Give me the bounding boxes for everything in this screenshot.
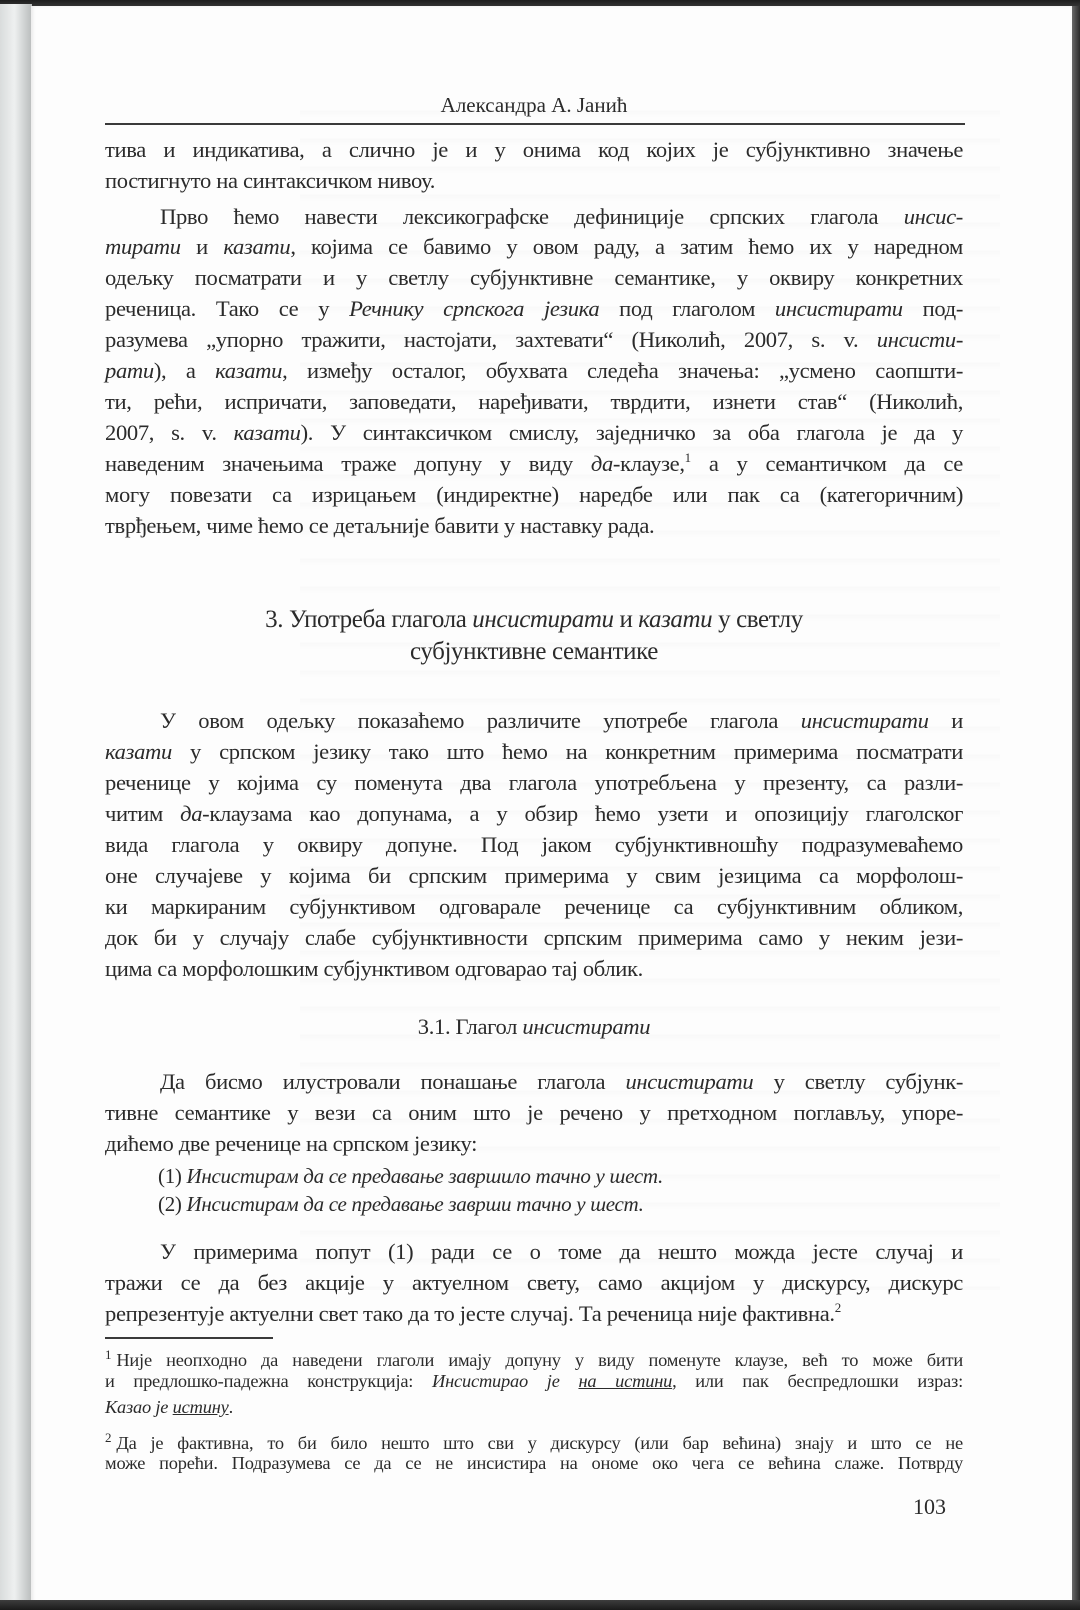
section-title: 3. Употреба глагола инсистирати и казати…: [105, 605, 963, 635]
paragraph-line: У овом одељку показаћемо различите употр…: [160, 707, 963, 735]
example-1: (1) Инсистирам да се предавање завршило …: [158, 1163, 663, 1189]
section-title-line-2: субјунктивне семантике: [105, 637, 963, 667]
paragraph-line: тивне семантике у вези са оним што је ре…: [105, 1099, 963, 1127]
footnote-separator: [105, 1337, 273, 1339]
paragraph-line: ти, рећи, испричати, заповедати, наређив…: [105, 388, 963, 416]
example-2: (2) Инсистирам да се предавање заврши та…: [158, 1191, 644, 1217]
paragraph-line: тива и индикатива, а слично је и у онима…: [105, 136, 963, 164]
paragraph-line: 2007, s. v. казати). У синтаксичком смис…: [105, 419, 963, 447]
footnote-1-mark: 1: [105, 1347, 111, 1362]
paragraph-line: наведеним значењима траже допуну у виду …: [105, 450, 963, 478]
scan-bottom-edge: [0, 1600, 1080, 1610]
paragraph-line: вида глагола у оквиру допуне. Под јаком …: [105, 831, 963, 859]
paragraph-line: тврђењем, чиме ћемо се детаљније бавити …: [105, 512, 963, 540]
footnote-2-mark: 2: [105, 1430, 111, 1445]
subsection-title: 3.1. Глагол инсистирати: [105, 1013, 963, 1041]
paragraph-line: разумева „упорно тражити, настојати, зах…: [105, 326, 963, 354]
scan-right-edge: [1072, 6, 1080, 1610]
running-head: Александра А. Јанић: [105, 92, 963, 118]
paragraph-line: репрезентује актуелни свет тако да то је…: [105, 1300, 963, 1328]
paragraph-line: рати), а казати, између осталог, обухват…: [105, 357, 963, 385]
footnote-1-line: 1Није неопходно да наведени глаголи имај…: [105, 1343, 963, 1372]
footnote-2-line: 2Да је фактивна, то би било нешто што св…: [105, 1426, 963, 1455]
paragraph-line: оне случајеве у којима би српским пример…: [105, 862, 963, 890]
paragraph-line: читим да-клаузама као допунама, а у обзи…: [105, 800, 963, 828]
footnote-1-line: Казао је истину.: [105, 1396, 963, 1419]
paragraph-line: одељку посматрати и у светлу субјунктивн…: [105, 264, 963, 292]
paragraph-line: У примерима попут (1) ради се о томе да …: [160, 1238, 963, 1266]
paragraph-line: постигнуто на синтаксичком нивоу.: [105, 167, 963, 195]
paragraph-line: казати у српском језику тако што ћемо на…: [105, 738, 963, 766]
paragraph-line: реченица. Тако се у Речнику српскога јез…: [105, 295, 963, 323]
paragraph-line: Да бисмо илустровали понашање глагола ин…: [160, 1068, 963, 1096]
book-spine: [0, 4, 32, 1610]
paragraph-line: ки маркираним субјунктивом одговарале ре…: [105, 893, 963, 921]
footnote-ref-2[interactable]: 2: [835, 1300, 841, 1315]
paragraph-line: тирати и казати, којима се бавимо у овом…: [105, 233, 963, 261]
footnote-1-line: и предлошко-падежна конструкција: Инсист…: [105, 1370, 963, 1393]
paragraph-line: цима са морфолошким субјунктивом одговар…: [105, 955, 963, 983]
header-rule: [105, 123, 965, 125]
paragraph-line: дићемо две реченице на српском језику:: [105, 1130, 963, 1158]
paragraph-line: могу повезати са изрицањем (индиректне) …: [105, 481, 963, 509]
paragraph-line: реченице у којима су поменута два глагол…: [105, 769, 963, 797]
paragraph-line: Прво ћемо навести лексикографске дефиниц…: [160, 203, 963, 231]
footnote-2-line: може порећи. Подразумева се да се не инс…: [105, 1452, 963, 1475]
paragraph-line: тражи се да без акције у актуелном свету…: [105, 1269, 963, 1297]
paragraph-line: док би у случају слабе субјунктивности с…: [105, 924, 963, 952]
page-number: 103: [913, 1494, 946, 1520]
